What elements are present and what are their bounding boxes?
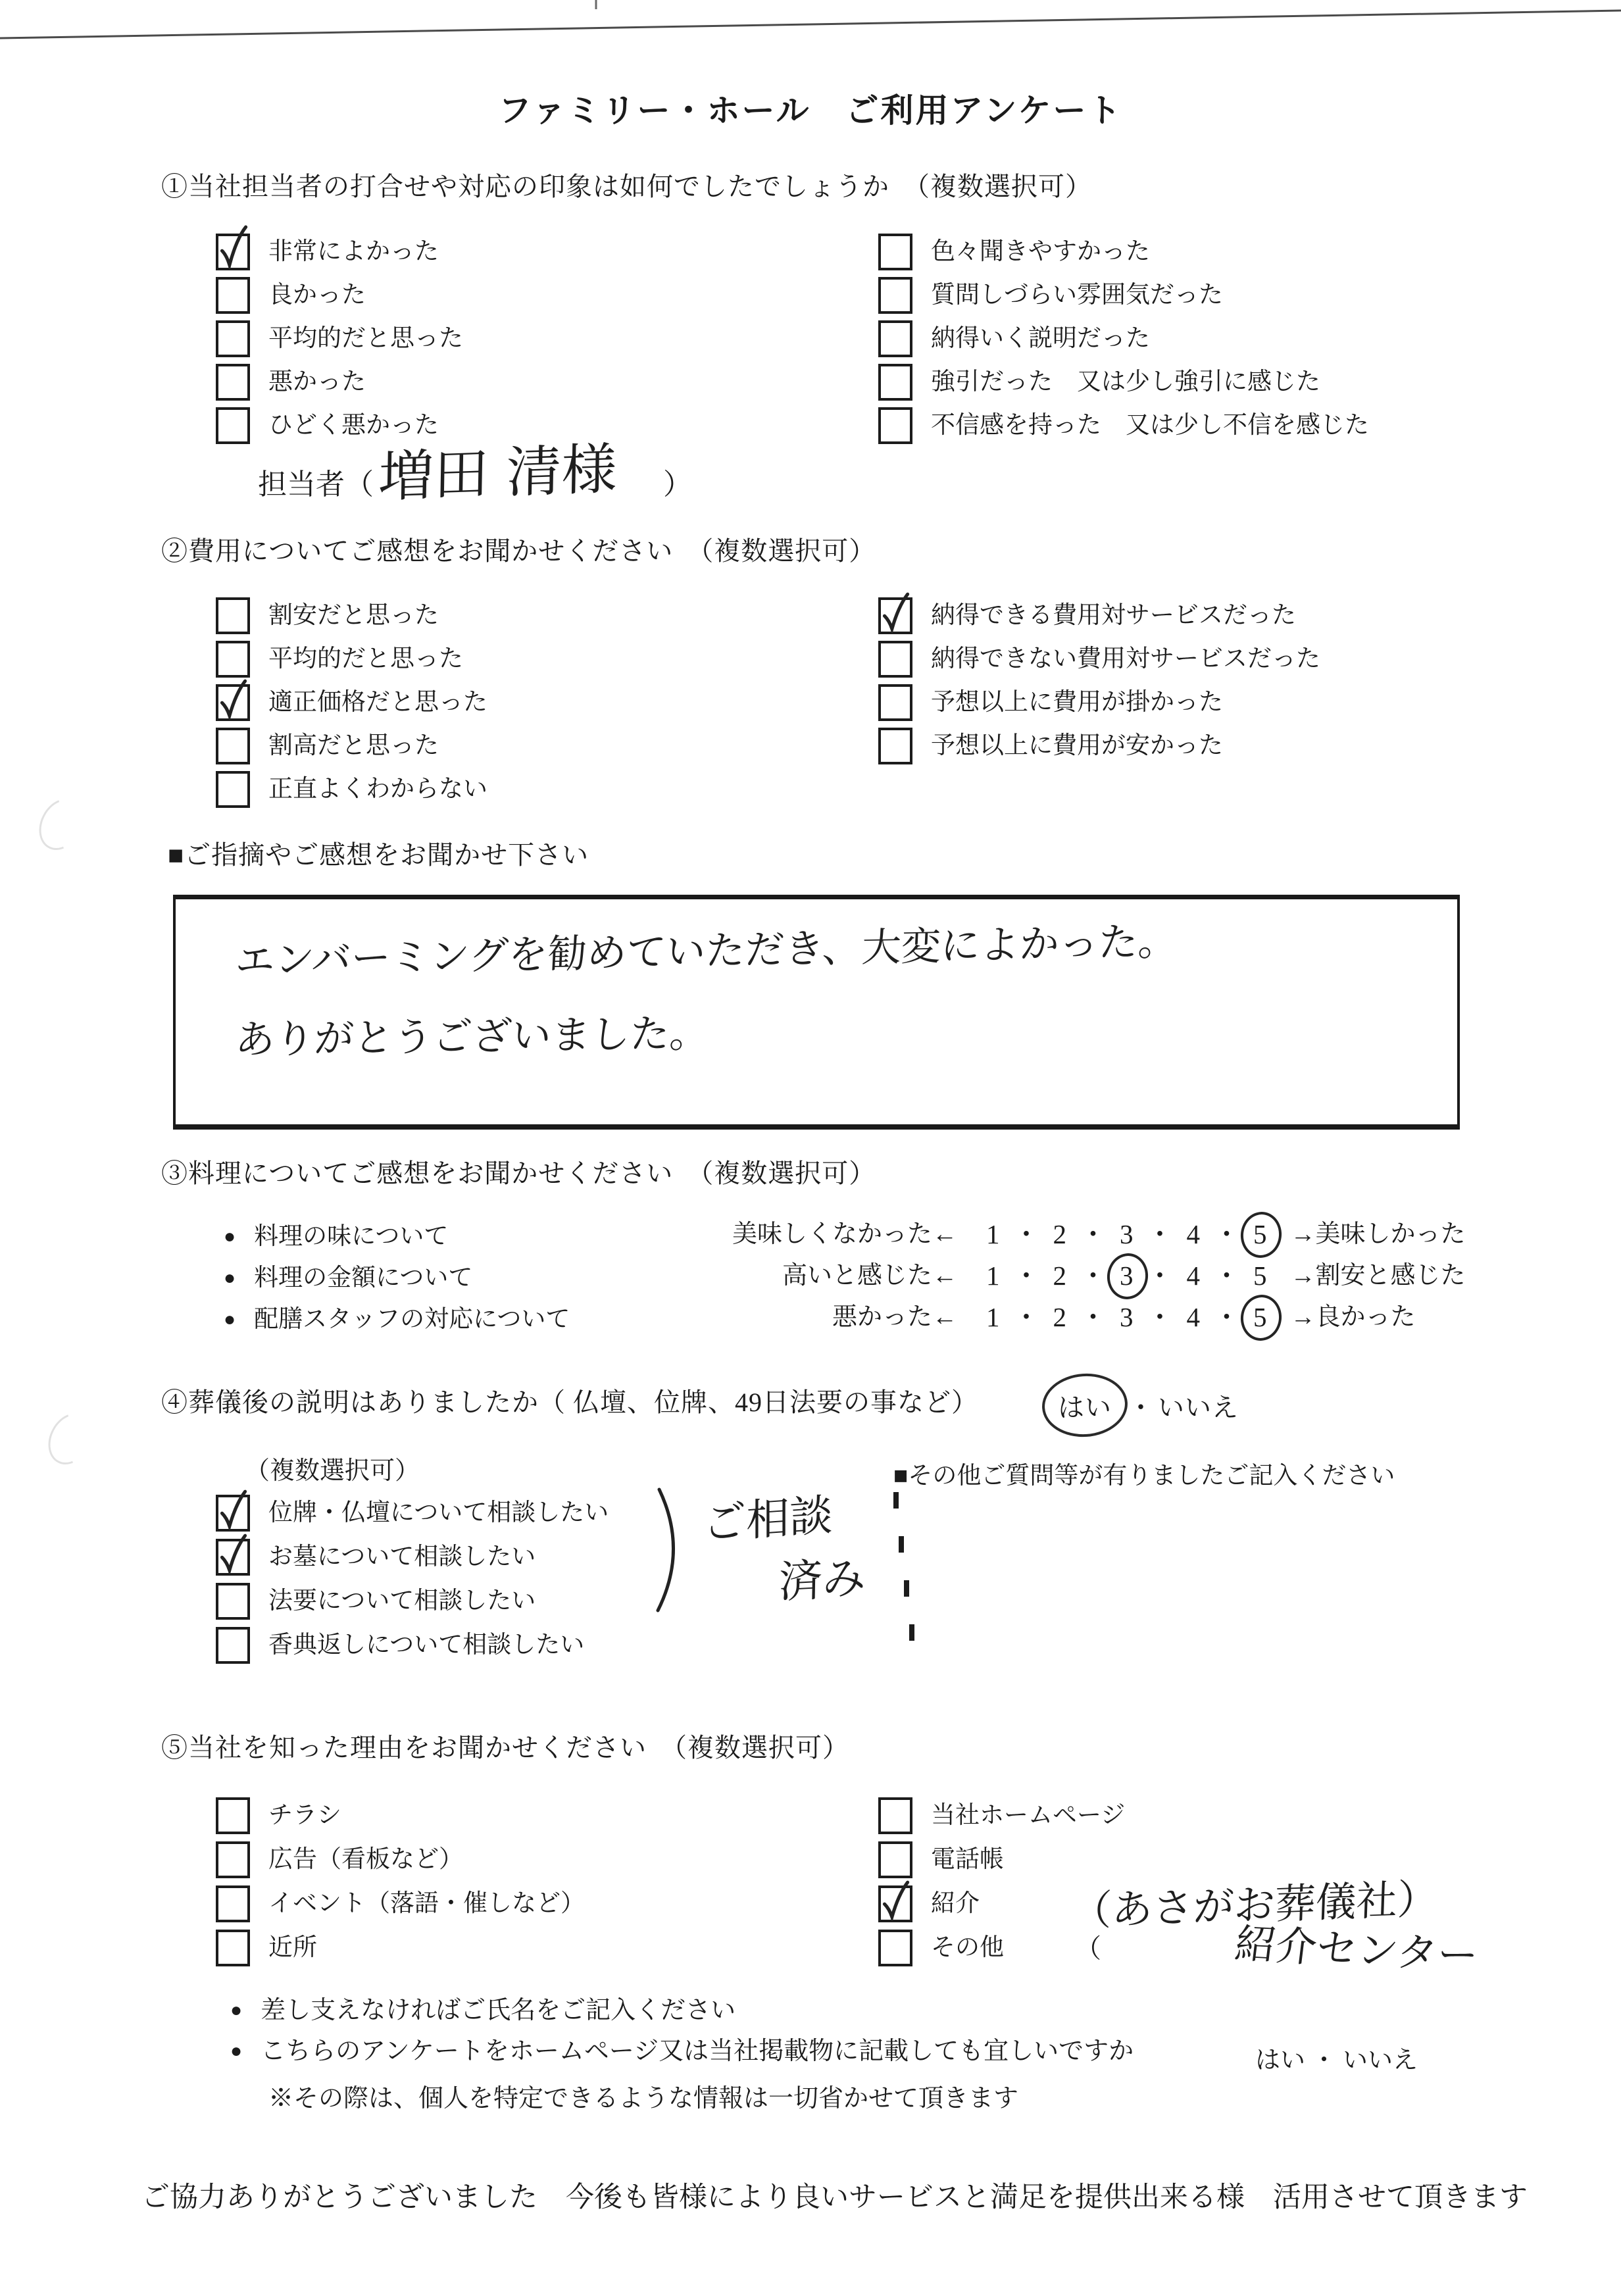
q2-left-option-row: 正直よくわからない bbox=[216, 771, 487, 808]
checkbox-q2-fair-price[interactable] bbox=[216, 684, 250, 721]
option-label: 広告（看板など） bbox=[268, 1844, 463, 1876]
q4-no-option[interactable]: いいえ bbox=[1158, 1387, 1239, 1424]
rating-5-circled[interactable]: 5 bbox=[1247, 1301, 1274, 1334]
q4-option-row: お墓について相談したい bbox=[216, 1539, 536, 1576]
dot-separator: ・ bbox=[1140, 1218, 1180, 1251]
rating-1[interactable]: 1 bbox=[980, 1259, 1007, 1292]
q4-heading: ④葬儀後の説明はありましたか（ 仏壇、位牌、49日法要の事など） bbox=[161, 1382, 978, 1419]
q1-left-option-row: 平均的だと思った bbox=[216, 320, 463, 357]
checkbox-q2-cost-more[interactable] bbox=[878, 684, 912, 721]
checkbox-q1-easy-to-ask[interactable] bbox=[878, 234, 912, 270]
option-label: 適正価格だと思った bbox=[268, 687, 487, 718]
option-label: 色々聞きやすかった bbox=[931, 236, 1150, 268]
option-label: 平均的だと思った bbox=[268, 323, 463, 355]
checkbox-q2-value-ok[interactable] bbox=[878, 597, 912, 634]
checkbox-q1-hard-to-ask[interactable] bbox=[878, 277, 912, 314]
handwritten-check-icon bbox=[216, 225, 249, 270]
option-label: 納得できる費用対サービスだった bbox=[931, 600, 1296, 632]
rating-scale: 1・2・3・4・5 bbox=[980, 1301, 1274, 1334]
dot-separator: ・ bbox=[1007, 1301, 1047, 1334]
checkbox-q2-cost-less[interactable] bbox=[878, 728, 912, 764]
rating-scale: 1・2・3・4・5 bbox=[980, 1218, 1274, 1251]
q3-scale-staff: 悪かった← 1・2・3・4・5 →良かった bbox=[678, 1301, 1416, 1334]
checkbox-q1-good[interactable] bbox=[216, 277, 250, 314]
checkbox-q5-phonebook[interactable] bbox=[878, 1841, 912, 1878]
scan-smudge-artifact bbox=[30, 791, 91, 858]
checkbox-q2-cheap[interactable] bbox=[216, 597, 250, 634]
dot-separator: ・ bbox=[1007, 1259, 1047, 1292]
handwritten-check-icon bbox=[879, 589, 912, 634]
q4-option-row: 位牌・仏壇について相談したい bbox=[216, 1495, 609, 1532]
checkbox-q1-convincing[interactable] bbox=[878, 320, 912, 357]
q1-right-option-row: 質問しづらい雰囲気だった bbox=[878, 277, 1223, 314]
rating-4[interactable]: 4 bbox=[1180, 1301, 1207, 1334]
q3-heading: ③料理についてご感想をお聞かせください （複数選択可） bbox=[161, 1153, 876, 1190]
rating-4[interactable]: 4 bbox=[1180, 1218, 1207, 1251]
q1-right-option-row: 納得いく説明だった bbox=[878, 320, 1150, 357]
rating-scale: 1・2・3・4・5 bbox=[980, 1259, 1274, 1292]
q4-multi-note: （複数選択可） bbox=[245, 1450, 420, 1486]
scale-low-label: 高いと感じた← bbox=[678, 1259, 957, 1292]
option-label: イベント（落語・催しなど） bbox=[268, 1888, 585, 1920]
q5-heading: ⑤当社を知った理由をお聞かせください （複数選択可） bbox=[161, 1727, 849, 1764]
rating-1[interactable]: 1 bbox=[980, 1301, 1007, 1334]
closing-bullet2-text: こちらのアンケートをホームページ又は当社掲載物に記載しても宜しいですか bbox=[261, 2035, 1134, 2067]
checkbox-q1-average[interactable] bbox=[216, 320, 250, 357]
bullet-icon: ● bbox=[230, 2035, 242, 2067]
q4-yes-no-separator: ・ bbox=[1128, 1387, 1155, 1424]
checkbox-q5-other[interactable] bbox=[878, 1930, 912, 1966]
checkbox-q4-other-4[interactable] bbox=[909, 1624, 914, 1641]
q2-left-option-row: 割安だと思った bbox=[216, 597, 439, 634]
option-label: 近所 bbox=[268, 1932, 317, 1964]
q5-right-option-row: 電話帳 bbox=[878, 1841, 1004, 1878]
checkbox-q4-other-3[interactable] bbox=[904, 1580, 909, 1597]
q2-left-option-row: 割高だと思った bbox=[216, 728, 439, 764]
form-title: ファミリー・ホール ご利用アンケート bbox=[0, 84, 1621, 132]
option-label: 予想以上に費用が掛かった bbox=[931, 687, 1223, 718]
bullet-icon: ● bbox=[224, 1221, 236, 1253]
staff-label-prefix: 担当者（ bbox=[258, 461, 374, 503]
checkbox-q4-grave[interactable] bbox=[216, 1539, 250, 1576]
scale-high-label: →割安と感じた bbox=[1291, 1259, 1466, 1292]
checkbox-q1-bad[interactable] bbox=[216, 364, 250, 401]
option-label: 良かった bbox=[268, 280, 366, 311]
rating-3[interactable]: 3 bbox=[1113, 1301, 1140, 1334]
checkbox-q4-houyou[interactable] bbox=[216, 1583, 250, 1620]
q2-right-option-row: 予想以上に費用が掛かった bbox=[878, 684, 1223, 721]
q1-right-option-row: 不信感を持った 又は少し不信を感じた bbox=[878, 407, 1369, 444]
option-label: 割高だと思った bbox=[268, 730, 439, 762]
checkbox-q2-value-not-ok[interactable] bbox=[878, 641, 912, 678]
dot-separator: ・ bbox=[1140, 1301, 1180, 1334]
q1-left-option-row: 非常によかった bbox=[216, 234, 439, 270]
option-label: 電話帳 bbox=[931, 1844, 1004, 1876]
bullet-icon: ● bbox=[224, 1304, 236, 1335]
bullet-icon: ● bbox=[230, 1995, 242, 2026]
option-label: 香典返しについて相談したい bbox=[268, 1630, 584, 1661]
scan-edge-line bbox=[0, 0, 1621, 46]
q4-annotation-line2: 済み bbox=[778, 1542, 866, 1609]
option-label: 位牌・仏壇について相談したい bbox=[268, 1497, 609, 1529]
q3-item-label: 配膳スタッフの対応について bbox=[254, 1304, 570, 1335]
q5-right-option-row: 当社ホームページ bbox=[878, 1797, 1125, 1834]
closing-privacy-note: ※その際は、個人を特定できるような情報は一切省かせて頂きます bbox=[268, 2078, 1018, 2114]
q2-left-option-row: 適正価格だと思った bbox=[216, 684, 487, 721]
rating-2[interactable]: 2 bbox=[1047, 1218, 1074, 1251]
handwritten-check-icon bbox=[216, 1486, 249, 1531]
option-label: 不信感を持った 又は少し不信を感じた bbox=[931, 410, 1369, 441]
closing-bullet1-text: 差し支えなければご氏名をご記入ください bbox=[261, 1995, 736, 2026]
rating-5[interactable]: 5 bbox=[1247, 1259, 1274, 1292]
rating-3-circled[interactable]: 3 bbox=[1113, 1259, 1140, 1292]
option-label: チラシ bbox=[268, 1800, 341, 1832]
checkbox-q5-ad[interactable] bbox=[216, 1841, 250, 1878]
option-label: お墓について相談したい bbox=[268, 1541, 536, 1573]
checkbox-q1-pushy[interactable] bbox=[878, 364, 912, 401]
option-label: 平均的だと思った bbox=[268, 643, 463, 675]
staff-name-handwritten: 増田 清様 bbox=[378, 425, 618, 513]
checkbox-q4-other-2[interactable] bbox=[899, 1536, 904, 1553]
dot-separator: ・ bbox=[1007, 1218, 1047, 1251]
q1-left-option-row: 良かった bbox=[216, 277, 366, 314]
q1-heading: ①当社担当者の打合せや対応の印象は如何でしたでしょうか （複数選択可） bbox=[161, 166, 1092, 203]
scale-low-label: 美味しくなかった← bbox=[678, 1218, 957, 1251]
checkbox-q4-ihai-butsudan[interactable] bbox=[216, 1495, 250, 1532]
option-label: その他 bbox=[931, 1932, 1004, 1964]
rating-2[interactable]: 2 bbox=[1047, 1259, 1074, 1292]
option-label: 当社ホームページ bbox=[931, 1800, 1125, 1832]
rating-5-circled[interactable]: 5 bbox=[1247, 1218, 1274, 1251]
option-label: 強引だった 又は少し強引に感じた bbox=[931, 366, 1320, 398]
option-label: 納得できない費用対サービスだった bbox=[931, 643, 1320, 675]
checkbox-q4-other-1[interactable] bbox=[893, 1492, 899, 1509]
scale-high-label: →良かった bbox=[1291, 1301, 1416, 1334]
option-label: 悪かった bbox=[268, 366, 366, 398]
checkbox-q5-neighborhood[interactable] bbox=[216, 1930, 250, 1966]
q2-left-option-row: 平均的だと思った bbox=[216, 641, 463, 678]
closing-yes-no-options[interactable]: はい ・ いいえ bbox=[1255, 2039, 1418, 2076]
rating-2[interactable]: 2 bbox=[1047, 1301, 1074, 1334]
handwritten-check-icon bbox=[879, 1877, 912, 1922]
q2-heading: ②費用についてご感想をお聞かせください （複数選択可） bbox=[161, 530, 876, 568]
handwritten-bracket bbox=[651, 1485, 693, 1614]
footer-thanks: ご協力ありがとうございました 今後も皆様により良いサービスと満足を提供出来る様 … bbox=[141, 2175, 1528, 2215]
checkbox-q1-very-good[interactable] bbox=[216, 234, 250, 270]
closing-bullet1-row: ● 差し支えなければご氏名をご記入ください bbox=[230, 1995, 736, 2026]
checkbox-q2-not-sure[interactable] bbox=[216, 771, 250, 808]
q1-right-option-row: 色々聞きやすかった bbox=[878, 234, 1150, 270]
q4-annotation-line1: ご相談 bbox=[703, 1480, 833, 1551]
q3-item-price: ● 料理の金額について bbox=[224, 1262, 472, 1294]
handwritten-check-icon bbox=[216, 676, 249, 720]
option-label: 質問しづらい雰囲気だった bbox=[931, 280, 1223, 311]
bullet-icon: ● bbox=[224, 1262, 236, 1294]
survey-form-page: ファミリー・ホール ご利用アンケート ①当社担当者の打合せや対応の印象は如何でし… bbox=[0, 0, 1621, 2296]
q2-right-option-row: 納得できない費用対サービスだった bbox=[878, 641, 1320, 678]
rating-3[interactable]: 3 bbox=[1113, 1218, 1140, 1251]
handwritten-check-icon bbox=[216, 1530, 249, 1575]
option-label: 割安だと思った bbox=[268, 600, 439, 632]
dot-separator: ・ bbox=[1073, 1301, 1113, 1334]
option-label: 法要について相談したい bbox=[268, 1585, 536, 1617]
q3-item-taste: ● 料理の味について bbox=[224, 1221, 448, 1253]
closing-bullet2-row: ● こちらのアンケートをホームページ又は当社掲載物に記載しても宜しいですか bbox=[230, 2035, 1134, 2067]
q3-scale-price: 高いと感じた← 1・2・3・4・5 →割安と感じた bbox=[678, 1259, 1466, 1292]
rating-1[interactable]: 1 bbox=[980, 1218, 1007, 1251]
checkbox-q5-website[interactable] bbox=[878, 1797, 912, 1834]
q3-item-label: 料理の金額について bbox=[254, 1262, 472, 1294]
checkbox-q2-average[interactable] bbox=[216, 641, 250, 678]
q5-right-option-row: 紹介 bbox=[878, 1885, 980, 1922]
dot-separator: ・ bbox=[1207, 1259, 1247, 1292]
q4-option-row: 法要について相談したい bbox=[216, 1583, 536, 1620]
q5-right-option-row: その他 bbox=[878, 1930, 1004, 1966]
q5-left-option-row: 近所 bbox=[216, 1930, 317, 1966]
q1-right-option-row: 強引だった 又は少し強引に感じた bbox=[878, 364, 1320, 401]
option-label: 納得いく説明だった bbox=[931, 323, 1150, 355]
q5-left-option-row: 広告（看板など） bbox=[216, 1841, 463, 1878]
handwritten-circle-yes bbox=[1040, 1371, 1130, 1440]
q1-left-option-row: 悪かった bbox=[216, 364, 366, 401]
option-label: 正直よくわからない bbox=[268, 774, 487, 805]
staff-label-suffix: ） bbox=[663, 461, 692, 503]
option-label: 非常によかった bbox=[268, 236, 439, 268]
feedback-handwritten-line2: ありがとうございました。 bbox=[234, 1002, 711, 1065]
rating-4[interactable]: 4 bbox=[1180, 1259, 1207, 1292]
checkbox-q1-very-bad[interactable] bbox=[216, 407, 250, 444]
checkbox-q1-distrust[interactable] bbox=[878, 407, 912, 444]
q4-option-row: 香典返しについて相談したい bbox=[216, 1627, 584, 1664]
checkbox-q5-event[interactable] bbox=[216, 1885, 250, 1922]
q3-item-staff: ● 配膳スタッフの対応について bbox=[224, 1304, 570, 1335]
checkbox-q2-expensive[interactable] bbox=[216, 728, 250, 764]
dot-separator: ・ bbox=[1140, 1259, 1180, 1292]
q5-left-option-row: チラシ bbox=[216, 1797, 341, 1834]
q2-right-option-row: 納得できる費用対サービスだった bbox=[878, 597, 1296, 634]
q4-other-heading: ■その他ご質問等が有りましたご記入ください bbox=[893, 1455, 1395, 1491]
q3-scale-taste: 美味しくなかった← 1・2・3・4・5 →美味しかった bbox=[678, 1218, 1466, 1251]
option-label: 紹介 bbox=[931, 1888, 980, 1920]
scan-smudge-artifact bbox=[39, 1405, 101, 1472]
scale-low-label: 悪かった← bbox=[678, 1301, 957, 1334]
checkbox-q5-flyer[interactable] bbox=[216, 1797, 250, 1834]
scale-high-label: →美味しかった bbox=[1291, 1218, 1466, 1251]
q2-right-option-row: 予想以上に費用が安かった bbox=[878, 728, 1223, 764]
q5-referral-handwritten-line2: 紹介センター bbox=[1232, 1911, 1482, 1982]
checkbox-q5-referral[interactable] bbox=[878, 1885, 912, 1922]
feedback-heading: ■ご指摘やご感想をお聞かせ下さい bbox=[168, 834, 589, 872]
q5-left-option-row: イベント（落語・催しなど） bbox=[216, 1885, 585, 1922]
dot-separator: ・ bbox=[1073, 1218, 1113, 1251]
checkbox-q4-koudengaeshi[interactable] bbox=[216, 1627, 250, 1664]
q3-item-label: 料理の味について bbox=[254, 1221, 448, 1253]
option-label: 予想以上に費用が安かった bbox=[931, 730, 1223, 762]
